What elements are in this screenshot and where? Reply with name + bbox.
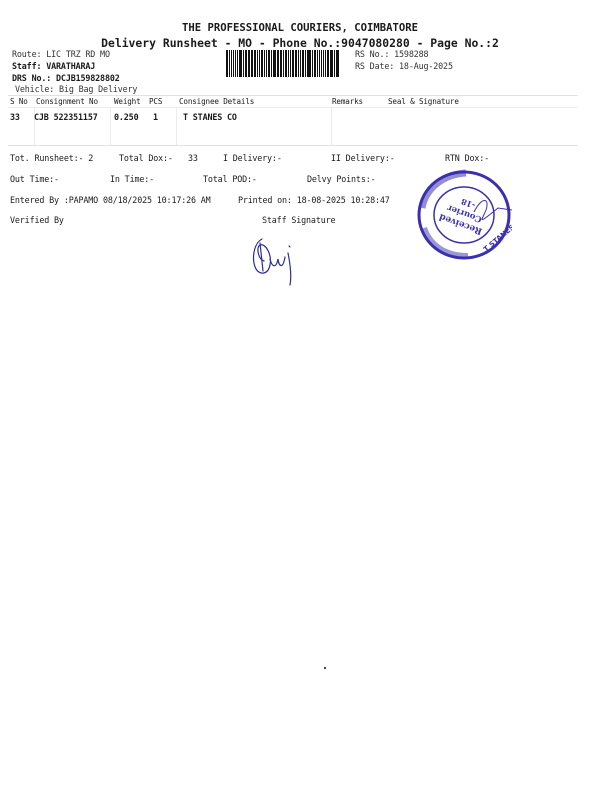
barcode-bar <box>317 50 318 77</box>
barcode-bar <box>312 50 313 77</box>
cell-sno: 33 <box>10 112 20 122</box>
table-top-rule <box>8 95 578 96</box>
barcode-bar <box>268 50 270 77</box>
vehicle-label: Vehicle: Big Bag Delivery <box>15 84 137 94</box>
barcode-bar <box>264 50 265 77</box>
barcode-bar <box>233 50 235 77</box>
barcode-bar <box>278 50 279 77</box>
barcode-bar <box>226 50 228 77</box>
col-header-pcs: PCS <box>149 97 162 106</box>
rs-date: RS Date: 18-Aug-2025 <box>355 61 453 71</box>
barcode-bar <box>280 50 282 77</box>
route-label: Route: LIC TRZ RD MO <box>12 49 110 59</box>
barcode-bar <box>305 50 306 77</box>
barcode-bar <box>330 50 333 77</box>
barcode-bar <box>251 50 253 77</box>
barcode-bar <box>334 50 335 77</box>
barcode-bar <box>337 50 339 77</box>
barcode-bar <box>254 50 256 77</box>
staff-label: Staff: VARATHARAJ <box>12 61 95 71</box>
printed-on: Printed on: 18-08-2025 10:28:47 <box>238 195 390 205</box>
barcode-bar <box>283 50 284 77</box>
out-time: Out Time:- <box>10 174 59 184</box>
barcode-bar <box>257 50 258 77</box>
col-header-consignee: Consignee Details <box>179 97 254 106</box>
barcode-bar <box>300 50 301 77</box>
total-dox-label: Total Dox:- <box>119 153 173 163</box>
barcode-bar <box>292 50 295 77</box>
received-stamp: Received Courier -18 T STANES <box>416 168 512 262</box>
entered-by: Entered By :PAPAMO 08/18/2025 10:17:26 A… <box>10 195 211 205</box>
barcode-bar <box>314 50 316 77</box>
barcode-bar <box>336 50 337 77</box>
barcode-bar <box>323 50 324 77</box>
barcode-bar <box>239 50 242 77</box>
tot-runsheet: Tot. Runsheet:- 2 <box>10 153 93 163</box>
cell-weight: 0.250 <box>114 112 138 122</box>
barcode-bar <box>319 50 320 77</box>
runsheet-barcode <box>226 50 351 77</box>
col-header-weight: Weight <box>114 97 141 106</box>
barcode-bar <box>307 50 308 77</box>
runsheet-subtitle: Delivery Runsheet - MO - Phone No.:90470… <box>0 36 600 50</box>
barcode-bar <box>290 50 291 77</box>
table-bottom-rule <box>8 145 578 146</box>
barcode-bar <box>259 50 260 77</box>
rtn-dox: RTN Dox:- <box>445 153 489 163</box>
drs-number: DRS No.: DCJB159828802 <box>12 73 120 83</box>
cell-consignment-no: CJB 522351157 <box>34 112 98 122</box>
barcode-bar <box>237 50 238 77</box>
barcode-bar <box>273 50 276 77</box>
col-header-consignment: Consignment No <box>36 97 98 106</box>
barcode-bar <box>308 50 311 77</box>
barcode-bar <box>327 50 329 77</box>
barcode-bar <box>249 50 250 77</box>
delvy-points: Delvy Points:- <box>307 174 376 184</box>
barcode-bar <box>302 50 304 77</box>
barcode-bar <box>295 50 297 77</box>
barcode-bar <box>266 50 267 77</box>
table-col-divider <box>110 107 111 145</box>
in-time: In Time:- <box>110 174 154 184</box>
cell-pcs: 1 <box>153 112 158 122</box>
stamp-ring-text: T STANES <box>482 223 512 253</box>
staff-signature-scribble <box>248 229 306 289</box>
barcode-bar <box>321 50 323 77</box>
barcode-bar <box>288 50 289 77</box>
col-header-remarks: Remarks <box>332 97 363 106</box>
barcode-bar <box>248 50 249 77</box>
cell-consignee: T STANES CO <box>183 112 237 122</box>
staff-signature-label: Staff Signature <box>262 215 335 225</box>
rs-number: RS No.: 1598288 <box>355 49 428 59</box>
i-delivery: I Delivery:- <box>223 153 282 163</box>
table-header-rule <box>8 107 578 108</box>
company-title: THE PROFESSIONAL COURIERS, COIMBATORE <box>0 22 600 34</box>
table-col-divider <box>176 107 177 145</box>
scan-speck <box>324 667 326 669</box>
barcode-bar <box>231 50 232 77</box>
barcode-bar <box>235 50 236 77</box>
col-header-seal-signature: Seal & Signature <box>388 97 459 106</box>
barcode-bar <box>261 50 264 77</box>
barcode-bar <box>277 50 278 77</box>
total-pod: Total POD:- <box>203 174 257 184</box>
total-dox-value: 33 <box>188 153 198 163</box>
barcode-bar <box>325 50 326 77</box>
barcode-bar <box>245 50 247 77</box>
barcode-bar <box>271 50 272 77</box>
verified-by-label: Verified By <box>10 215 64 225</box>
col-header-sno: S No <box>10 97 28 106</box>
table-col-divider <box>331 107 332 145</box>
barcode-bar <box>285 50 287 77</box>
barcode-bar <box>243 50 244 77</box>
barcode-bar <box>229 50 230 77</box>
ii-delivery: II Delivery:- <box>331 153 395 163</box>
barcode-bar <box>298 50 299 77</box>
